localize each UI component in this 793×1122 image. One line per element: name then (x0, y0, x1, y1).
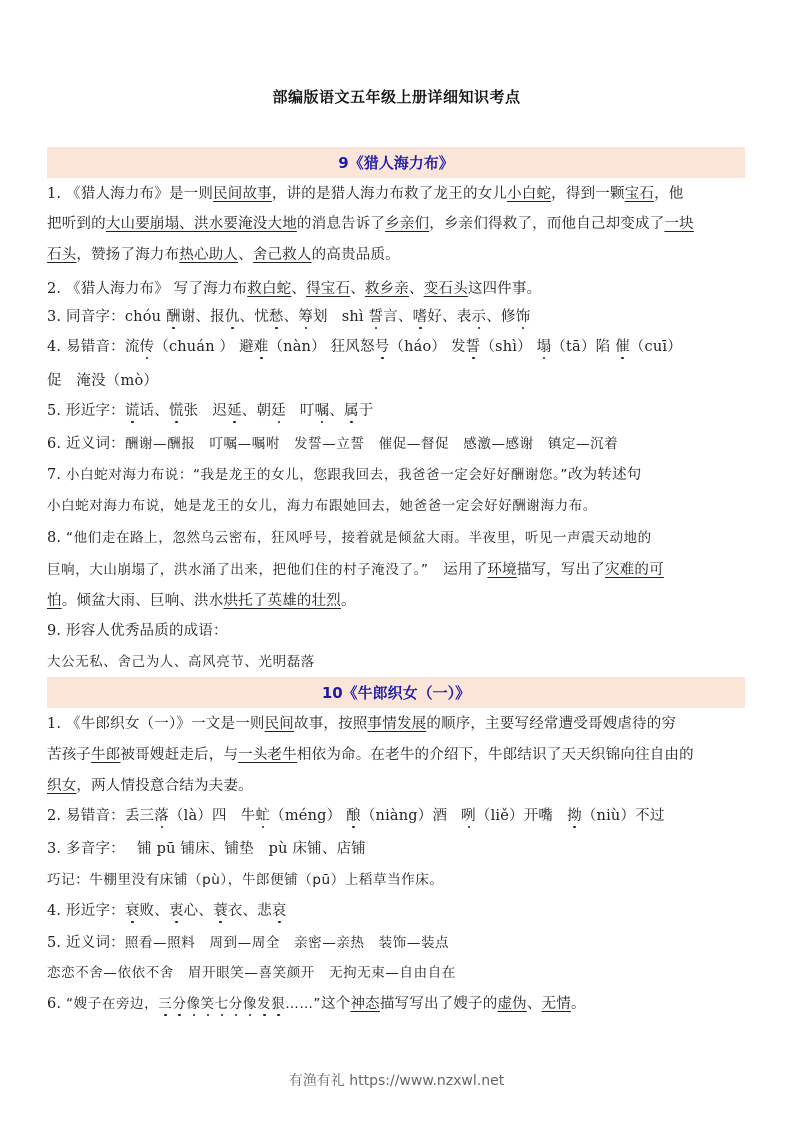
pinyin: （là）四 (169, 808, 227, 824)
text: 话、 (140, 403, 169, 419)
emphasis-char: 像 (243, 996, 257, 1012)
text: 运用了 (429, 562, 488, 578)
keyword: 变石头 (424, 281, 468, 297)
emphasis-char: 蓑 (213, 903, 228, 919)
text: 言、 (383, 309, 412, 325)
s10-item4: 4. 形近字：衰败、衷心、蓑衣、悲哀 (47, 901, 747, 921)
text: ，讲的是猎人海力布救了龙王的女儿 (272, 186, 507, 202)
s10-item6: 6. “嫂子在旁边，三分像笑七分像发狠……”这个神态描写写出了嫂子的虚伪、无情。 (47, 994, 747, 1014)
emphasis-char: 饰 (516, 309, 531, 325)
keyword: 牛郎 (91, 747, 120, 763)
quote: “他们走在路上，忽然乌云密布，狂风呼号，接着就是倾盆大雨。半夜里，听见一声震天动… (66, 530, 652, 546)
text: 狂风怒 (331, 339, 375, 355)
s10-item5: 5. 近义词：照看—照料 周到—周全 亲密—亲热 装饰—装点 (47, 933, 747, 953)
s9-item9-line1: 9. 形容人优秀品质的成语： (47, 621, 747, 641)
text: 8. (47, 530, 66, 546)
footer-watermark: 有渔有礼 https://www.nzxwl.net (0, 1070, 793, 1090)
keyword: 热心助人 (179, 247, 238, 263)
s9-item3: 3. 同音字：chóu 酬谢、报仇、忧愁、筹划shì 誓言、嗜好、表示、修饰 (47, 307, 747, 327)
s9-item5: 5. 形近字：谎话、慌张迟延、朝廷叮嘱、属于 (47, 401, 747, 421)
keyword: 救白蛇 (247, 281, 291, 297)
pinyin: （liě）开嘴 (476, 808, 553, 824)
keyword: 织女 (47, 778, 76, 794)
keyword: 事情发展 (368, 716, 427, 732)
text: 的消息告诉了 (297, 216, 385, 232)
keyword: 得宝石 (306, 281, 350, 297)
text: 好、表 (427, 309, 471, 325)
text: ，得到一颗 (551, 186, 625, 202)
text: 2. 易错音：丢三 (47, 808, 154, 824)
keyword: 烘托了英雄的壮烈 (223, 593, 341, 609)
text: 张 (184, 403, 199, 419)
s10-item1-line1: 1. 《牛郎织女（一）》一文是一则民间故事，按照事情发展的顺序，主要写经常遭受哥… (47, 714, 747, 734)
pinyin: （háo） (389, 339, 446, 355)
text: 描写写出了嫂子的 (380, 996, 498, 1012)
emphasis-char: 咧 (461, 808, 476, 824)
emphasis-char: 像 (186, 996, 200, 1012)
keyword: 一块 (664, 216, 693, 232)
emphasis-char: 哀 (272, 903, 287, 919)
text: 。倾盆大雨、巨响、洪水 (62, 593, 224, 609)
pinyin: （shì） (480, 339, 531, 355)
keyword: 民间 (265, 716, 294, 732)
text: 相依为命。在老牛的介绍下，牛郎结识了天天织锦向往自由的 (297, 747, 694, 763)
text: 描写，写出了 (517, 562, 605, 578)
text: 发 (451, 339, 466, 355)
pinyin: chóu (125, 309, 161, 325)
emphasis-char: 分 (229, 996, 243, 1012)
text: 把听到的 (47, 216, 106, 232)
text: 2. 《猎人海力布》 写了海力布 (47, 281, 247, 297)
emphasis-char: 三 (158, 996, 172, 1012)
keyword: 无情 (542, 996, 571, 1012)
emphasis-char: 七 (215, 996, 229, 1012)
text: 、 (329, 403, 344, 419)
text: ，他 (654, 186, 683, 202)
emphasis-char: 催 (615, 339, 630, 355)
quote: ……” (285, 996, 321, 1012)
keyword: 怕 (47, 593, 62, 609)
keyword: 民间故事 (213, 186, 272, 202)
emphasis-char: 难 (254, 339, 269, 355)
s10-item3: 3. 多音字： 铺 pū 铺床、铺垫 pù 床铺、店铺 (47, 839, 747, 859)
text: 4. 形近字： (47, 903, 125, 919)
emphasis-char: 传 (140, 339, 155, 355)
text: 衣、悲 (228, 903, 272, 919)
emphasis-char: 筹 (298, 309, 313, 325)
text: 6. (47, 996, 66, 1012)
s10-item2: 2. 易错音：丢三落（là）四牛虻（méng） 酿（niàng）酒咧（liě）开… (47, 806, 747, 826)
text: 1. 《猎人海力布》是一则 (47, 186, 213, 202)
text: 划 (313, 309, 328, 325)
text: 谢、报 (181, 309, 225, 325)
text: 牛 (241, 808, 256, 824)
pinyin: （méng） (270, 808, 341, 824)
text: 、忧 (240, 309, 269, 325)
text: 故事，按照 (294, 716, 368, 732)
text: 迟 (212, 403, 227, 419)
section-heading-9: 9《猎人海力布》 (47, 147, 745, 178)
text: ，乡亲们得救了，而他自己却变成了 (429, 216, 664, 232)
s9-item8-line2: 巨响，大山崩塌了，洪水涌了出来，把他们住的村子淹没了。” 运用了环境描写，写出了… (47, 560, 747, 580)
synonym-list: 照看—照料 周到—周全 亲密—亲热 装饰—装点 (125, 935, 449, 951)
text: 、修 (486, 309, 515, 325)
s9-item7-line2: 小白蛇对海力布说，她是龙王的女儿，海力布跟她回去，她爸爸一定会好好酬谢海力布。 (47, 496, 747, 516)
text: 6. 近义词： (47, 436, 125, 452)
text: 这四件事。 (468, 281, 542, 297)
emphasis-char: 廷 (271, 403, 286, 419)
pinyin: shì (342, 309, 364, 325)
keyword: 宝石 (625, 186, 654, 202)
pinyin: （nàn） (268, 339, 325, 355)
document-title: 部编版语文五年级上册详细知识考点 (0, 86, 793, 107)
s9-item1-line1: 1. 《猎人海力布》是一则民间故事，讲的是猎人海力布救了龙王的女儿小白蛇，得到一… (47, 184, 747, 204)
emphasis-char: 落 (154, 808, 169, 824)
text: 心、 (184, 903, 213, 919)
emphasis-char: 虻 (255, 808, 270, 824)
text: 。 (571, 996, 586, 1012)
s9-item1-line2: 把听到的大山要崩塌、洪水要淹没大地的消息告诉了乡亲们，乡亲们得救了，而他自己却变… (47, 214, 747, 234)
text: 、 (284, 309, 299, 325)
text: 苦孩子 (47, 747, 91, 763)
s9-item9-line2: 大公无私、舍己为人、高风亮节、光明磊落 (47, 652, 747, 672)
emphasis-char: 拗 (567, 808, 582, 824)
section-heading-10: 10《牛郎织女（一）》 (47, 677, 745, 708)
pinyin: （niàng）酒 (361, 808, 447, 824)
emphasis-char: 狠 (271, 996, 285, 1012)
text: 、 (409, 281, 424, 297)
text: 改为转述句 (568, 467, 642, 483)
s9-item1-line3: 石头，赞扬了海力布热心助人、舍己救人的高贵品质。 (47, 245, 747, 265)
emphasis-char: 慌 (169, 403, 184, 419)
keyword: 小白蛇 (507, 186, 551, 202)
quote: “嫂子在旁边， (66, 996, 158, 1012)
emphasis-char: 誓 (369, 309, 384, 325)
s10-item5-line2: 恋恋不舍—依依不舍 眉开眼笑—喜笑颜开 无拘无束—自由自在 (47, 963, 747, 983)
text: 、 (350, 281, 365, 297)
emphasis-char: 酿 (346, 808, 361, 824)
s9-item8-line1: 8. “他们走在路上，忽然乌云密布，狂风呼号，接着就是倾盆大雨。半夜里，听见一声… (47, 528, 747, 548)
s10-item3-tip: 巧记：牛棚里没有床铺（pù），牛郎便铺（pū）上稻草当作床。 (47, 870, 747, 890)
keyword: 救乡亲 (365, 281, 409, 297)
text: 5. 形近字： (47, 403, 125, 419)
pinyin: （cuī） (630, 339, 682, 355)
keyword: 大山要崩塌、洪水要淹没大地 (106, 216, 297, 232)
keyword: 一头老牛 (238, 747, 297, 763)
keyword: 灾难的可 (605, 562, 664, 578)
text: 、 (291, 281, 306, 297)
s9-item2: 2. 《猎人海力布》 写了海力布救白蛇、得宝石、救乡亲、变石头这四件事。 (47, 279, 747, 299)
emphasis-char: 谎 (125, 403, 140, 419)
emphasis-char: 誓 (466, 339, 481, 355)
text: ，赞扬了海力布 (76, 247, 179, 263)
s9-item7-line1: 7. 小白蛇对海力布说：“我是龙王的女儿，您跟我回去，我爸爸一定会好好酬谢您。”… (47, 465, 747, 485)
s9-item6: 6. 近义词：酬谢—酬报 叮嘱—嘱咐 发誓—立誓 催促—督促 感激—感谢 镇定—… (47, 434, 747, 454)
s10-item1-line2: 苦孩子牛郎被哥嫂赶走后，与一头老牛相依为命。在老牛的介绍下，牛郎结识了天天织锦向… (47, 745, 747, 765)
text: 被哥嫂赶走后，与 (121, 747, 239, 763)
text: 、 (527, 996, 542, 1012)
quote: 小白蛇对海力布说：“我是龙王的女儿，您跟我回去，我爸爸一定会好好酬谢您。” (66, 467, 568, 483)
emphasis-char: 示 (471, 309, 486, 325)
s9-item4-line1: 4. 易错音：流传（chuán ） 避难（nàn） 狂风怒号（háo） 发誓（s… (47, 337, 747, 357)
text: 叮 (300, 403, 315, 419)
emphasis-char: 嘱 (315, 403, 330, 419)
s10-item1-line3: 织女，两人情投意合结为夫妻。 (47, 776, 747, 796)
emphasis-char: 嗜 (413, 309, 428, 325)
pinyin: （chuán ） (154, 339, 234, 355)
text: 败、 (140, 903, 169, 919)
text: 的顺序，主要写经常遭受哥嫂虐待的穷 (426, 716, 676, 732)
text: 避 (239, 339, 254, 355)
dotted-quote: 三分像笑七分像发狠 (158, 996, 285, 1012)
text: 5. 近义词： (47, 935, 125, 951)
text: ，两人情投意合结为夫妻。 (76, 778, 252, 794)
emphasis-char: 衰 (125, 903, 140, 919)
keyword: 乡亲们 (385, 216, 429, 232)
s9-item4-line2: 促 淹没（mò） (47, 371, 747, 391)
emphasis-char: 延 (227, 403, 242, 419)
text: 7. (47, 467, 66, 483)
emphasis-char: 属 (344, 403, 359, 419)
quote: 巨响，大山崩塌了，洪水涌了出来，把他们住的村子淹没了。” (47, 562, 429, 578)
emphasis-char: 酬 (166, 309, 181, 325)
emphasis-char: 衷 (169, 903, 184, 919)
emphasis-char: 仇 (225, 309, 240, 325)
emphasis-char: 愁 (269, 309, 284, 325)
text: 这个 (321, 996, 350, 1012)
text: 的高贵品质。 (312, 247, 400, 263)
text: 、 (238, 247, 253, 263)
text: 1. 《牛郎织女（一）》一文是一则 (47, 716, 265, 732)
text: 。 (341, 593, 356, 609)
emphasis-char: 发 (257, 996, 271, 1012)
s9-item8-line3: 怕。倾盆大雨、巨响、洪水烘托了英雄的壮烈。 (47, 591, 747, 611)
emphasis-char: 号 (375, 339, 390, 355)
keyword: 虚伪 (497, 996, 526, 1012)
synonym-list: 酬谢—酬报 叮嘱—嘱咐 发誓—立誓 催促—督促 感激—感谢 镇定—沉着 (125, 436, 619, 452)
keyword: 舍己救人 (253, 247, 312, 263)
pinyin: （niù）不过 (582, 808, 665, 824)
text: 3. 同音字： (47, 309, 125, 325)
text: 4. 易错音：流 (47, 339, 140, 355)
text: 于 (359, 403, 374, 419)
pinyin: （tā）陷 (551, 339, 610, 355)
keyword: 石头 (47, 247, 76, 263)
emphasis-char: 分 (172, 996, 186, 1012)
text: 、朝 (242, 403, 271, 419)
emphasis-char: 笑 (201, 996, 215, 1012)
keyword: 环境 (487, 562, 516, 578)
keyword: 神态 (350, 996, 379, 1012)
emphasis-char: 塌 (537, 339, 552, 355)
